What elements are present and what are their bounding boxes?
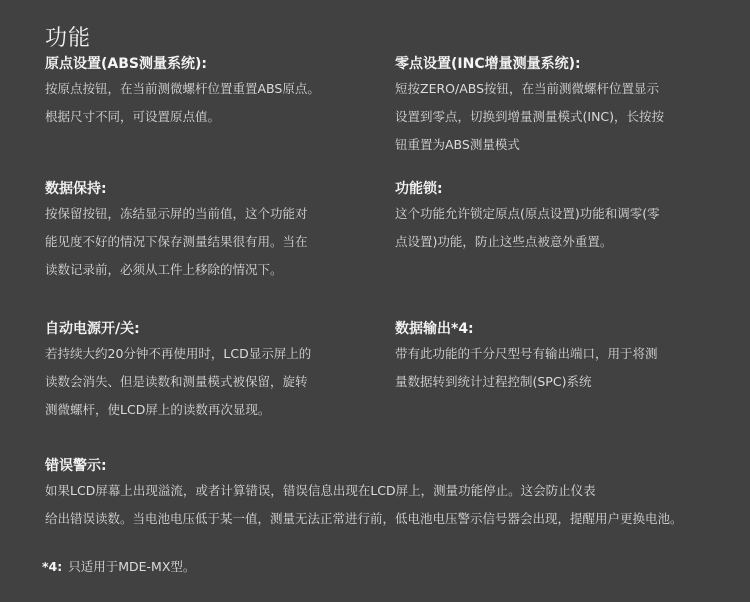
section-body: 若持续大约20分钟不再使用时，LCD显示屏上的 读数会消失、但是读数和测量模式被… <box>45 340 311 424</box>
section-body: 按保留按钮，冻结显示屏的当前值，这个功能对 能见度不好的情况下保存测量结果很有用… <box>45 200 308 284</box>
section-heading: 功能锁: <box>395 178 660 200</box>
footnote: *4:只适用于MDE-MX型。 <box>42 557 195 575</box>
section-function-lock: 功能锁: 这个功能允许锁定原点(原点设置)功能和调零(零 点设置)功能，防止这些… <box>395 178 660 256</box>
section-auto-power: 自动电源开/关: 若持续大约20分钟不再使用时，LCD显示屏上的 读数会消失、但… <box>45 318 311 424</box>
body-line: 带有此功能的千分尺型号有输出端口，用于将测 <box>395 340 658 368</box>
footnote-mark: *4: <box>42 559 62 574</box>
section-body: 按原点按钮，在当前测微螺杆位置重置ABS原点。 根据尺寸不同，可设置原点值。 <box>45 75 320 131</box>
section-body: 这个功能允许锁定原点(原点设置)功能和调零(零 点设置)功能，防止这些点被意外重… <box>395 200 660 256</box>
body-line: 按原点按钮，在当前测微螺杆位置重置ABS原点。 <box>45 75 320 103</box>
body-line: 量数据转到统计过程控制(SPC)系统 <box>395 368 658 396</box>
body-line: 这个功能允许锁定原点(原点设置)功能和调零(零 <box>395 200 660 228</box>
footnote-text: 只适用于MDE-MX型。 <box>68 559 195 574</box>
section-inc-zero: 零点设置(INC增量测量系统): 短按ZERO/ABS按钮，在当前测微螺杆位置显… <box>395 53 664 159</box>
section-error-alert: 错误警示: 如果LCD屏幕上出现溢流，或者计算错误，错误信息出现在LCD屏上，测… <box>45 455 683 533</box>
section-abs-origin: 原点设置(ABS测量系统): 按原点按钮，在当前测微螺杆位置重置ABS原点。 根… <box>45 53 320 131</box>
body-line: 测微螺杆，使LCD屏上的读数再次显现。 <box>45 396 311 424</box>
body-line: 钮重置为ABS测量模式 <box>395 131 664 159</box>
section-heading: 数据输出*4: <box>395 318 658 340</box>
body-line: 读数记录前，必须从工件上移除的情况下。 <box>45 256 308 284</box>
body-line: 按保留按钮，冻结显示屏的当前值，这个功能对 <box>45 200 308 228</box>
body-line: 如果LCD屏幕上出现溢流，或者计算错误，错误信息出现在LCD屏上，测量功能停止。… <box>45 477 683 505</box>
section-data-hold: 数据保持: 按保留按钮，冻结显示屏的当前值，这个功能对 能见度不好的情况下保存测… <box>45 178 308 284</box>
body-line: 设置到零点，切换到增量测量模式(INC)，长按按 <box>395 103 664 131</box>
section-body: 如果LCD屏幕上出现溢流，或者计算错误，错误信息出现在LCD屏上，测量功能停止。… <box>45 477 683 533</box>
section-body: 短按ZERO/ABS按钮，在当前测微螺杆位置显示 设置到零点，切换到增量测量模式… <box>395 75 664 159</box>
page-title: 功能 <box>45 21 91 52</box>
section-heading: 零点设置(INC增量测量系统): <box>395 53 664 75</box>
section-body: 带有此功能的千分尺型号有输出端口，用于将测 量数据转到统计过程控制(SPC)系统 <box>395 340 658 396</box>
section-heading: 错误警示: <box>45 455 683 477</box>
body-line: 短按ZERO/ABS按钮，在当前测微螺杆位置显示 <box>395 75 664 103</box>
body-line: 给出错误读数。当电池电压低于某一值，测量无法正常进行前，低电池电压警示信号器会出… <box>45 505 683 533</box>
body-line: 若持续大约20分钟不再使用时，LCD显示屏上的 <box>45 340 311 368</box>
body-line: 读数会消失、但是读数和测量模式被保留，旋转 <box>45 368 311 396</box>
body-line: 能见度不好的情况下保存测量结果很有用。当在 <box>45 228 308 256</box>
body-line: 根据尺寸不同，可设置原点值。 <box>45 103 320 131</box>
section-heading: 原点设置(ABS测量系统): <box>45 53 320 75</box>
section-heading: 自动电源开/关: <box>45 318 311 340</box>
section-data-output: 数据输出*4: 带有此功能的千分尺型号有输出端口，用于将测 量数据转到统计过程控… <box>395 318 658 396</box>
section-heading: 数据保持: <box>45 178 308 200</box>
body-line: 点设置)功能，防止这些点被意外重置。 <box>395 228 660 256</box>
